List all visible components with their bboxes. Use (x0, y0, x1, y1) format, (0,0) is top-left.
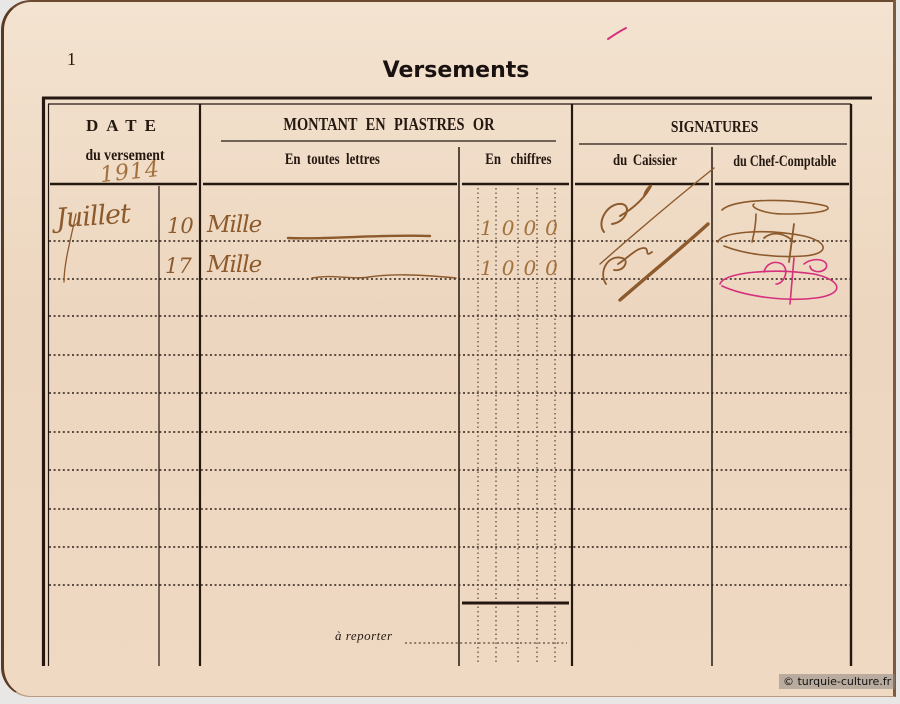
cashier-signature-icon (600, 168, 714, 300)
amount-flourish (288, 236, 430, 239)
chief-accountant-signature-icon (718, 200, 837, 304)
carry-forward-label: à reporter (335, 628, 393, 644)
ink-mark (608, 28, 626, 39)
month-descender (64, 214, 76, 282)
handwriting-strokes (4, 2, 896, 697)
watermark: © turquie-culture.fr (779, 674, 895, 689)
amount-flourish (312, 275, 456, 278)
passbook-page: 1 Versements DATE du versement MONTANT E… (1, 0, 896, 697)
